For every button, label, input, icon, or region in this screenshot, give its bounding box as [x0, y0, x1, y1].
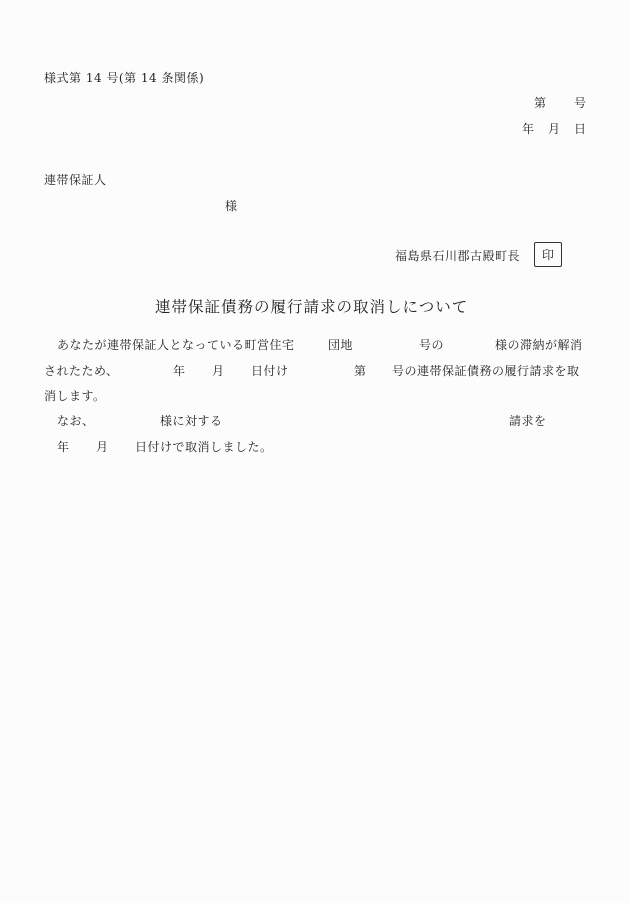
- body-line5-a: 年: [57, 440, 70, 454]
- addressee-role: 連帯保証人: [44, 173, 107, 187]
- body-line4-a: なお、: [57, 414, 95, 428]
- body-line2-d: 日付け: [251, 364, 289, 378]
- addressee-honorific: 様: [225, 199, 238, 213]
- body-line1-d: 様の滞納が解消: [495, 338, 583, 352]
- body-line1-b: 団地: [328, 338, 353, 352]
- body-line2-f: 号の連帯保証債務の履行請求を取: [392, 364, 580, 378]
- date-month: 月: [548, 122, 561, 136]
- body-line4-c: 請求を: [509, 414, 547, 428]
- ref-suffix: 号: [574, 96, 587, 110]
- body-line3: 消します。: [44, 389, 106, 403]
- document-title: 連帯保証債務の履行請求の取消しについて: [155, 298, 468, 316]
- issuer-name: 福島県石川郡古殿町長: [395, 249, 520, 263]
- body-line4-b: 様に対する: [160, 414, 223, 428]
- body-line5-c: 日付けで取消しました。: [135, 440, 273, 454]
- body-line2-b: 年: [173, 364, 186, 378]
- date-year: 年: [522, 122, 535, 136]
- seal-label: 印: [542, 246, 554, 263]
- body-line2-c: 月: [212, 364, 225, 378]
- form-number: 様式第 14 号(第 14 条関係): [44, 71, 204, 85]
- seal-box: 印: [534, 242, 562, 267]
- body-line1-a: あなたが連帯保証人となっている町営住宅: [57, 338, 295, 352]
- body-line2-e: 第: [354, 364, 367, 378]
- ref-prefix: 第: [534, 96, 547, 110]
- body-line5-b: 月: [96, 440, 109, 454]
- body-line1-c: 号の: [419, 338, 444, 352]
- date-day: 日: [574, 122, 587, 136]
- body-line2-a: されたため、: [44, 364, 119, 378]
